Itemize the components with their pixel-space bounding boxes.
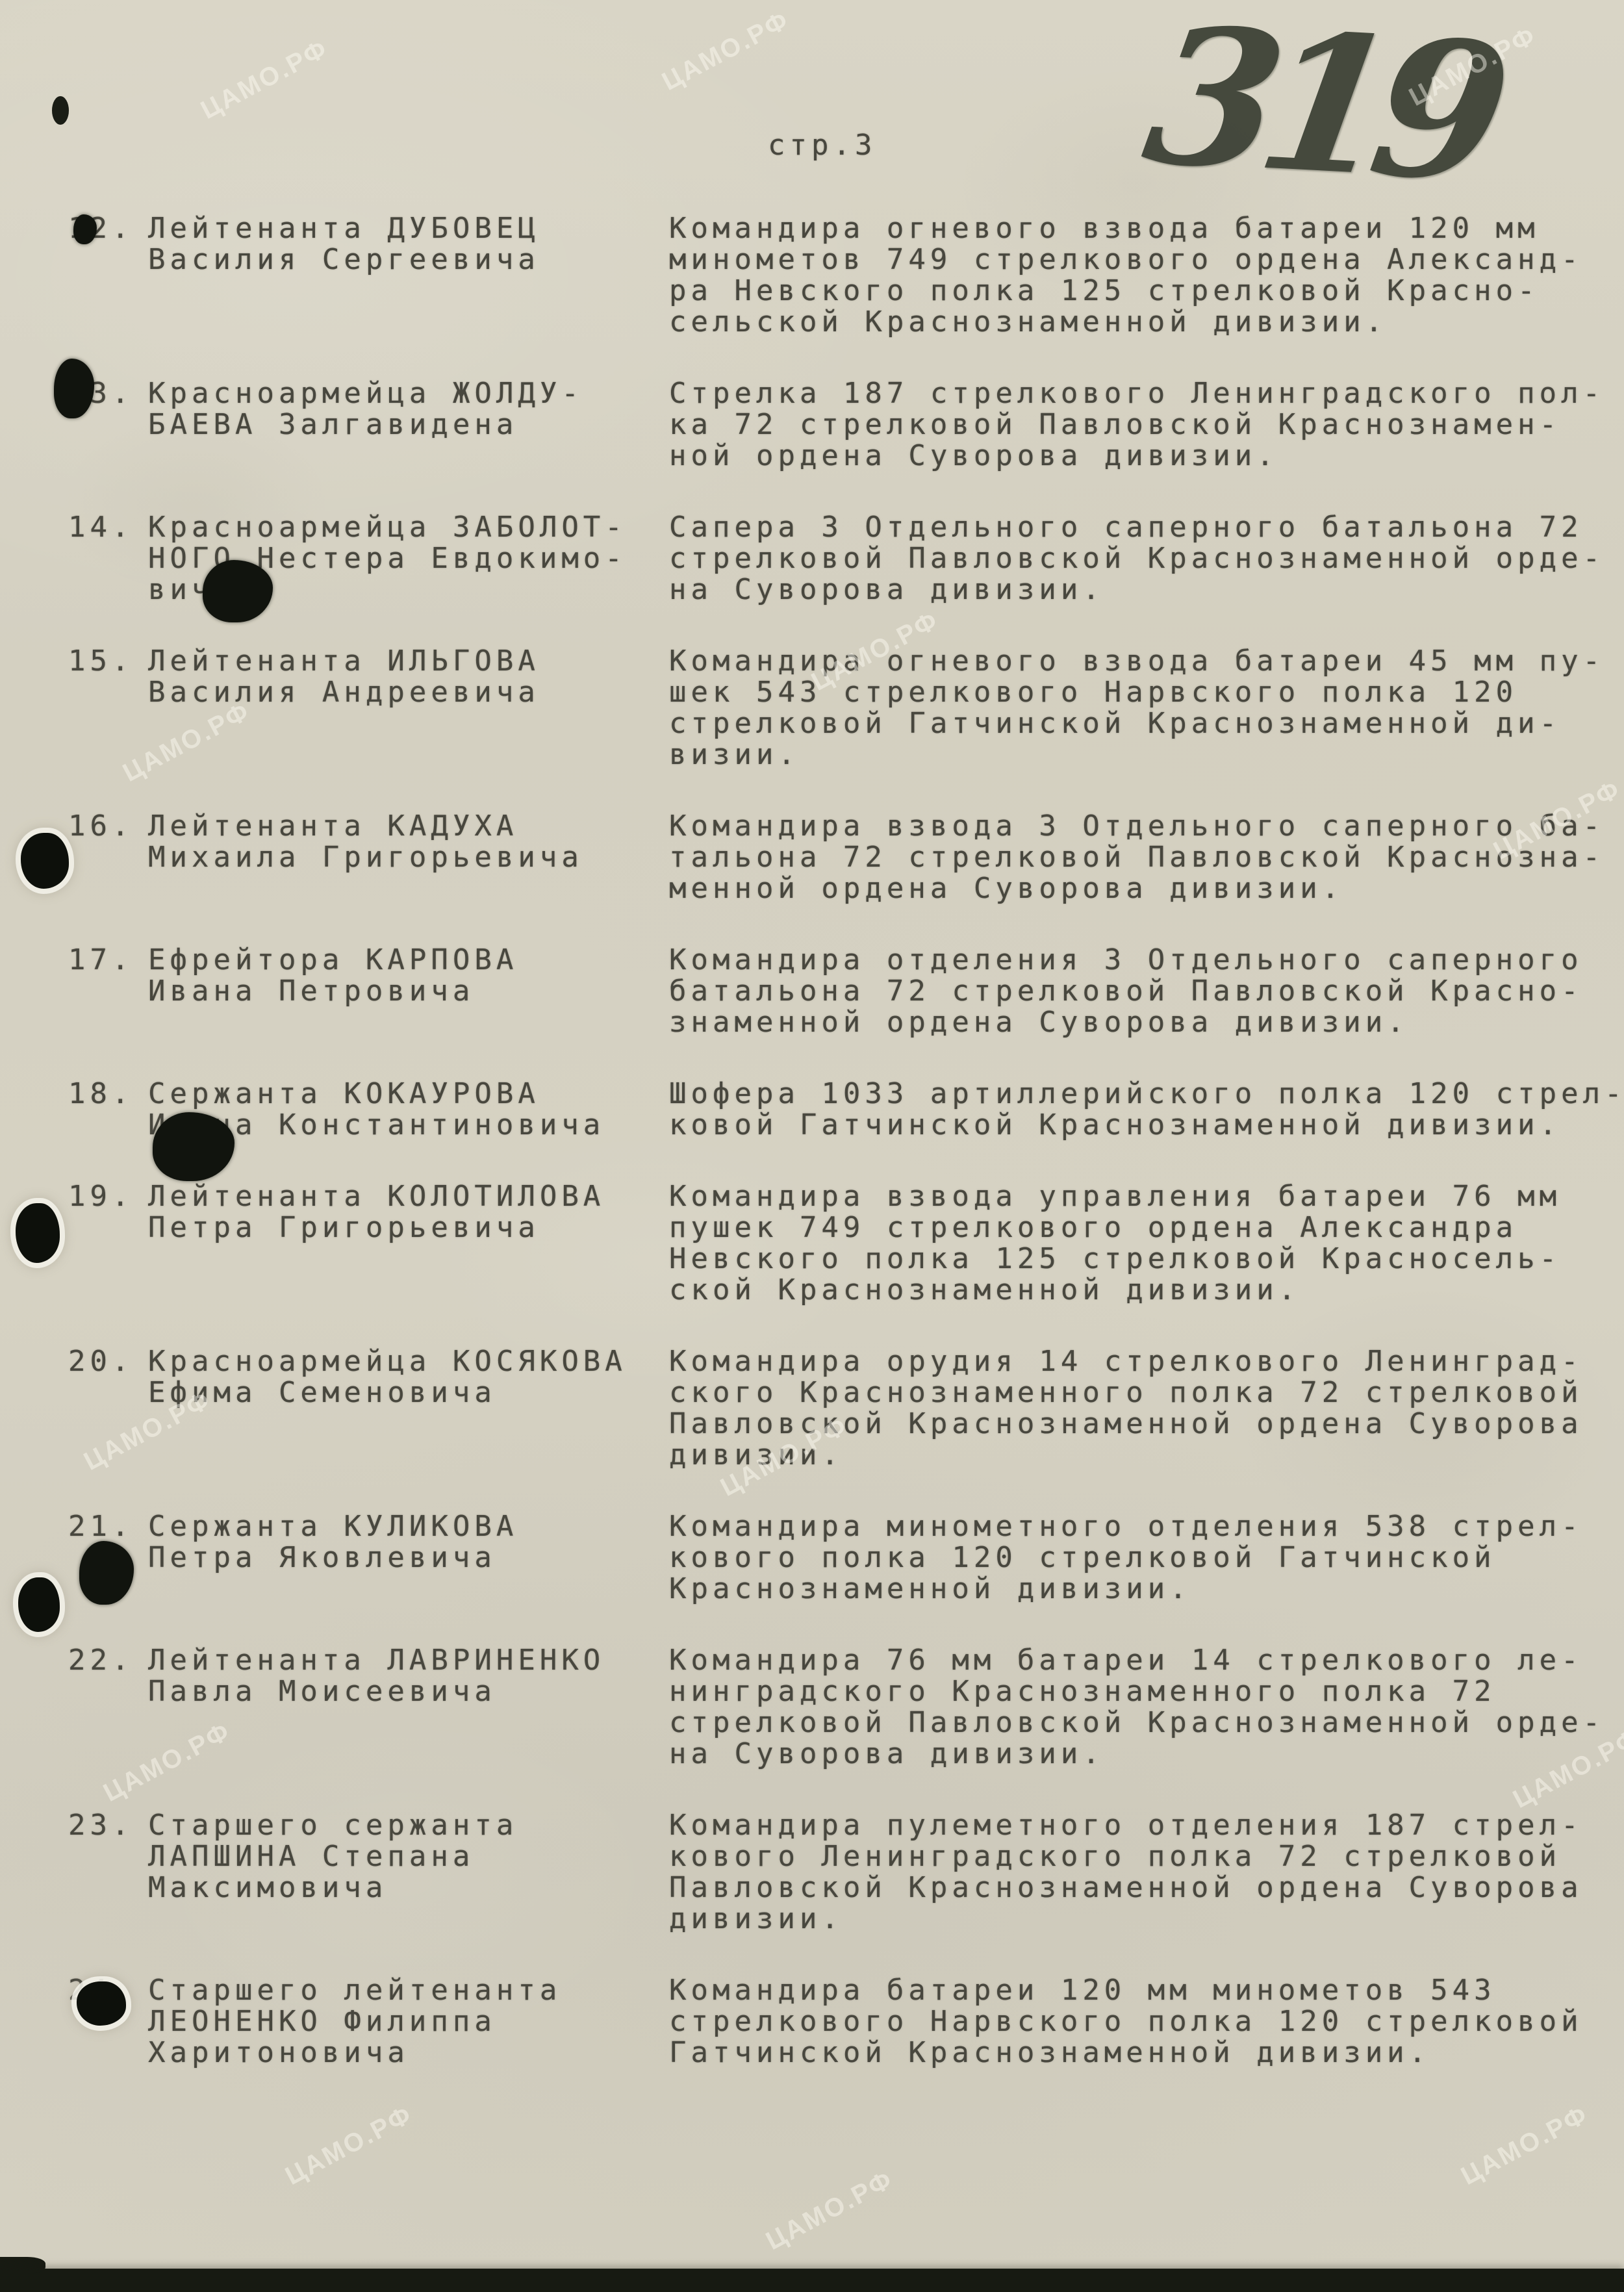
award-entry-row: 14. Красноармейца ЗАБОЛОТ- НОГО Нестера … xyxy=(68,512,1588,605)
scan-bottom-edge xyxy=(0,2269,1624,2292)
entry-recipient-name: Красноармейца КОСЯКОВА Ефима Семеновича xyxy=(148,1346,669,1408)
entry-number: 16. xyxy=(68,811,148,842)
entry-position-description: Стрелка 187 стрелкового Ленинградского п… xyxy=(669,378,1605,472)
entry-position-description: Сапера 3 Отдельного саперного батальона … xyxy=(669,512,1605,605)
entry-recipient-name: Лейтенанта КОЛОТИЛОВА Петра Григорьевича xyxy=(148,1181,669,1243)
entry-number: 17. xyxy=(68,945,148,976)
award-entry-row: 16. Лейтенанта КАДУХА Михаила Григорьеви… xyxy=(68,811,1588,904)
entry-recipient-name: Старшего лейтенанта ЛЕОНЕНКО Филиппа Хар… xyxy=(148,1975,669,2069)
entry-number: 14. xyxy=(68,512,148,543)
award-entry-row: 21. Сержанта КУЛИКОВА Петра Яковлевича К… xyxy=(68,1511,1588,1605)
entry-number: 20. xyxy=(68,1346,148,1377)
archive-watermark: ЦАМО.РФ xyxy=(1456,2100,1593,2191)
entry-number: 15. xyxy=(68,646,148,677)
entry-position-description: Командира взвода 3 Отдельного саперного … xyxy=(669,811,1605,904)
entry-position-description: Командира взвода управления батареи 76 м… xyxy=(669,1181,1588,1306)
award-entries-list: 12. Лейтенанта ДУБОВЕЦ Василия Сергеевич… xyxy=(68,213,1588,2109)
award-entry-row: 17. Ефрейтора КАРПОВА Ивана Петровича Ко… xyxy=(68,945,1588,1038)
paper-hole xyxy=(18,1577,60,1632)
entry-recipient-name: Лейтенанта ИЛЬГОВА Василия Андреевича xyxy=(148,646,669,708)
entry-recipient-name: Лейтенанта ЛАВРИНЕНКО Павла Моисеевича xyxy=(148,1645,669,1707)
entry-position-description: Командира огневого взвода батареи 45 мм … xyxy=(669,646,1605,770)
award-entry-row: 22. Лейтенанта ЛАВРИНЕНКО Павла Моисееви… xyxy=(68,1645,1588,1770)
archive-watermark: ЦАМО.РФ xyxy=(761,2165,898,2256)
page-number-label: стр.3 xyxy=(768,130,876,161)
entry-position-description: Шофера 1033 артиллерийского полка 120 ст… xyxy=(669,1078,1624,1141)
paper-hole xyxy=(21,833,69,889)
entry-number: 18. xyxy=(68,1078,148,1110)
award-entry-row: 20. Красноармейца КОСЯКОВА Ефима Семенов… xyxy=(68,1346,1588,1471)
award-entry-row: 19. Лейтенанта КОЛОТИЛОВА Петра Григорье… xyxy=(68,1181,1588,1306)
award-entry-row: 23. Старшего сержанта ЛАПШИНА Степана Ма… xyxy=(68,1810,1588,1935)
entry-position-description: Командира отделения 3 Отдельного саперно… xyxy=(669,945,1588,1038)
paper-speck xyxy=(52,96,69,125)
entry-recipient-name: Старшего сержанта ЛАПШИНА Степана Максим… xyxy=(148,1810,669,1904)
entry-position-description: Командира 76 мм батареи 14 стрелкового л… xyxy=(669,1645,1605,1770)
award-entry-row: 12. Лейтенанта ДУБОВЕЦ Василия Сергеевич… xyxy=(68,213,1588,338)
entry-position-description: Командира пулеметного отделения 187 стре… xyxy=(669,1810,1588,1935)
entry-number: 19. xyxy=(68,1181,148,1212)
paper-hole xyxy=(16,1203,60,1263)
entry-recipient-name: Сержанта КУЛИКОВА Петра Яковлевича xyxy=(148,1511,669,1573)
scanned-document-page: стр.3 319 12. Лейтенанта ДУБОВЕЦ Василия… xyxy=(0,0,1624,2292)
entry-position-description: Командира орудия 14 стрелкового Ленингра… xyxy=(669,1346,1588,1471)
archive-watermark: ЦАМО.РФ xyxy=(281,2100,418,2191)
entry-recipient-name: Лейтенанта КАДУХА Михаила Григорьевича xyxy=(148,811,669,873)
archive-watermark: ЦАМО.РФ xyxy=(657,5,794,97)
entry-position-description: Командира батареи 120 мм минометов 543 с… xyxy=(669,1975,1588,2069)
award-entry-row: 18. Сержанта КОКАУРОВА Ивана Константино… xyxy=(68,1078,1588,1141)
scan-edge-notch xyxy=(0,2257,45,2274)
entry-position-description: Командира огневого взвода батареи 120 мм… xyxy=(669,213,1588,338)
entry-position-description: Командира минометного отделения 538 стре… xyxy=(669,1511,1588,1605)
entry-number: 21. xyxy=(68,1511,148,1542)
entry-number: 22. xyxy=(68,1645,148,1676)
handwritten-archive-number: 319 xyxy=(1136,2,1503,207)
archive-watermark: ЦАМО.РФ xyxy=(196,34,333,125)
paper-hole xyxy=(77,1981,126,2026)
entry-recipient-name: Красноармейца ЖОЛДУ- БАЕВА Залгавидена xyxy=(148,378,669,440)
entry-recipient-name: Лейтенанта ДУБОВЕЦ Василия Сергеевича xyxy=(148,213,669,275)
award-entry-row: 24. Старшего лейтенанта ЛЕОНЕНКО Филиппа… xyxy=(68,1975,1588,2069)
entry-recipient-name: Ефрейтора КАРПОВА Ивана Петровича xyxy=(148,945,669,1007)
award-entry-row: 15. Лейтенанта ИЛЬГОВА Василия Андреевич… xyxy=(68,646,1588,770)
award-entry-row: 13. Красноармейца ЖОЛДУ- БАЕВА Залгавиде… xyxy=(68,378,1588,472)
entry-number: 23. xyxy=(68,1810,148,1841)
